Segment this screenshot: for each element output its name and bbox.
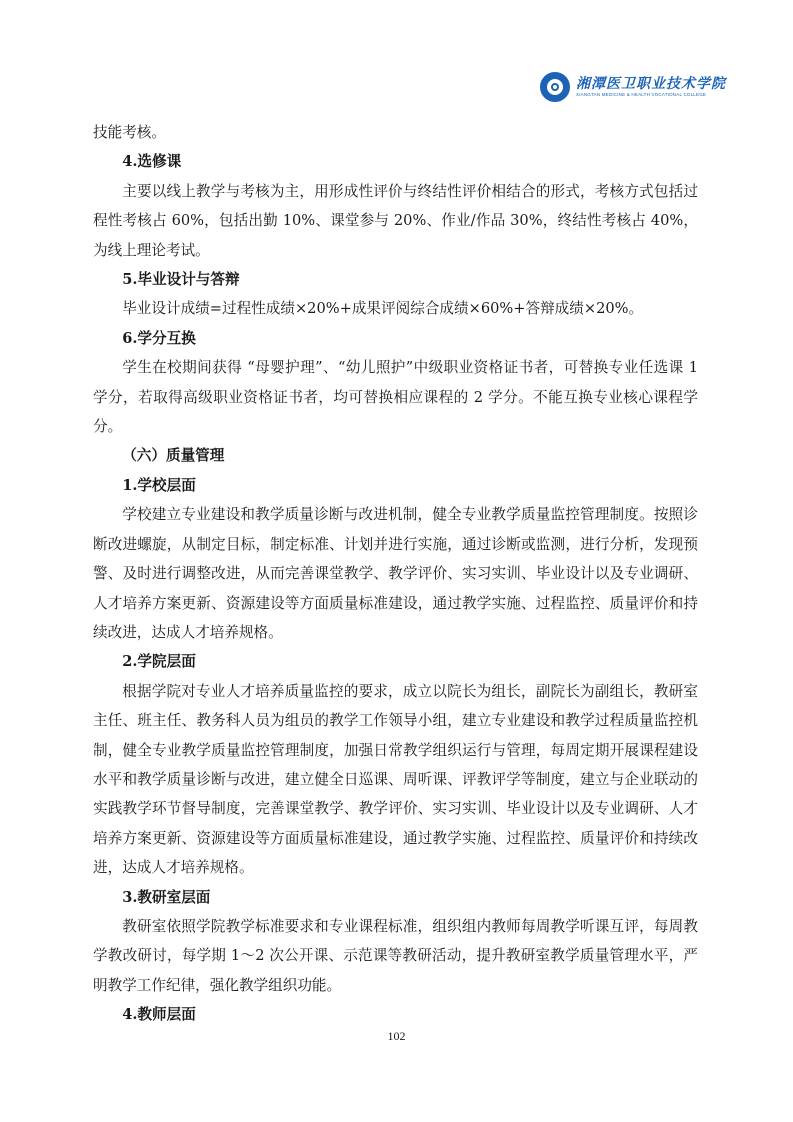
page-number: 102 — [0, 1029, 793, 1044]
paragraph: 毕业设计成绩=过程性成绩×20%+成果评阅综合成绩×60%+答辩成绩×20%。 — [93, 294, 698, 323]
section-heading: 4.教师层面 — [93, 1000, 698, 1029]
college-logo: 湘潭医卫职业技术学院 XIANGTAN MEDICINE & HEALTH VO… — [540, 72, 726, 102]
paragraph: 教研室依照学院教学标准要求和专业课程标准，组织组内教师每周教学听课互评，每周教学… — [93, 912, 698, 1000]
section-heading: 4.选修课 — [93, 147, 698, 176]
paragraph: 学校建立专业建设和教学质量诊断与改进机制，健全专业教学质量监控管理制度。按照诊断… — [93, 500, 698, 647]
logo-text: 湘潭医卫职业技术学院 XIANGTAN MEDICINE & HEALTH VO… — [576, 76, 726, 98]
paragraph: 学生在校期间获得 “母婴护理”、“幼儿照护”中级职业资格证书者，可替换专业任选课… — [93, 353, 698, 441]
logo-english-name: XIANGTAN MEDICINE & HEALTH VOCATIONAL CO… — [576, 92, 726, 98]
paragraph: 主要以线上教学与考核为主，用形成性评价与终结性评价相结合的形式，考核方式包括过程… — [93, 177, 698, 265]
section-heading: 3.教研室层面 — [93, 883, 698, 912]
section-heading: 6.学分互换 — [93, 324, 698, 353]
section-heading: 5.毕业设计与答辩 — [93, 265, 698, 294]
section-heading: 1.学校层面 — [93, 471, 698, 500]
document-body: 技能考核。 4.选修课 主要以线上教学与考核为主，用形成性评价与终结性评价相结合… — [93, 118, 698, 1030]
logo-chinese-name: 湘潭医卫职业技术学院 — [576, 76, 726, 92]
college-emblem-icon — [540, 72, 570, 102]
paragraph: 技能考核。 — [93, 118, 698, 147]
chapter-heading: （六）质量管理 — [93, 441, 698, 470]
paragraph: 根据学院对专业人才培养质量监控的要求，成立以院长为组长，副院长为副组长，教研室主… — [93, 677, 698, 883]
section-heading: 2.学院层面 — [93, 647, 698, 676]
